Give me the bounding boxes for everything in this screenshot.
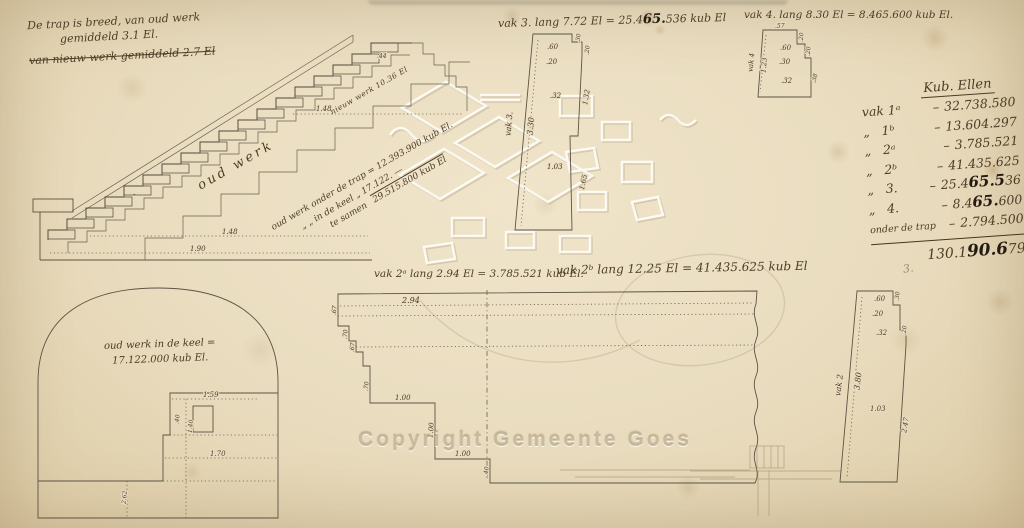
row-label: vak 1ᵃ — [861, 101, 901, 122]
row-label: „ 1ᵇ — [863, 121, 896, 142]
dim-vak4-e: .20 — [798, 32, 806, 42]
dim-vak3-d: 1.03 — [547, 163, 563, 171]
dim-stair-small: .44 — [377, 53, 387, 60]
row-label: „ 3. — [867, 179, 899, 200]
row-value-corrected: 65. — [972, 191, 999, 211]
vak4-header: vak 4. lang 8.30 El = 8.465.600 kub El. — [744, 9, 953, 21]
dim-arch-e: 2.62 — [121, 490, 129, 505]
volume-summary-table: Kub. Ellen vak 1ᵃ–32.738.580 „ 1ᵇ–13.604… — [860, 71, 1024, 267]
dim-strip-s4: .70 — [363, 381, 371, 391]
dim-strip-s2: .70 — [342, 329, 350, 339]
dim-stair-mid: 1.48 — [222, 228, 238, 236]
vak3-header-corrected: 65. — [643, 12, 666, 28]
dim-vak2-a: .60 — [874, 295, 886, 303]
row-value: 13.604.297 — [945, 113, 1017, 133]
arch-figure: 1.59 1.70 1.40 .40 2.62 — [38, 288, 278, 518]
vak2-label: vak 2 — [833, 374, 845, 397]
row-value: 8.4 — [952, 195, 973, 211]
vak2-strip-figure: 2.94 .67 .70 .67 .70 1.00 1.00 1.00 .40 — [331, 290, 758, 483]
row-label: onder de trap — [870, 218, 937, 241]
arch-inner-block — [193, 406, 213, 432]
row-value: 32.738.580 — [944, 94, 1016, 114]
dim-vak2-f: .30 — [894, 291, 902, 301]
dim-vak2-e: 2.47 — [900, 416, 911, 434]
vak2-section-figure: .60 .20 .32 1.03 3.80 vak 2 2.47 .30 .20 — [690, 291, 911, 516]
dim-vak4-top: .57 — [775, 23, 785, 30]
row-value: 41.435.625 — [948, 152, 1020, 172]
dim-vak3-a: .60 — [547, 43, 559, 51]
vak2a-header: vak 2ᵃ lang 2.94 El = 3.785.521 kub El. — [374, 268, 584, 280]
dim-vak4-b: .30 — [779, 58, 791, 66]
dim-vak4-g: .38 — [810, 73, 819, 84]
dim-vak2-d: 1.03 — [870, 405, 886, 413]
vak3-header-pre: vak 3. lang 7.72 El = 25.4 — [498, 13, 643, 30]
vak4-label: vak 4 — [747, 53, 757, 73]
dim-vak3-g: .30 — [575, 33, 583, 43]
drawing-sheet: 1.48 1.90 1.48 .44 .60 .20 .32 1.03 3.30… — [0, 0, 1024, 528]
dim-strip-s3: .67 — [349, 342, 357, 352]
row-value: 25.4 — [940, 175, 969, 192]
row-value-post: 36 — [1005, 172, 1022, 188]
row-label: „ 2ᵃ — [864, 140, 896, 161]
dim-vak4-c: .32 — [781, 77, 793, 85]
total-post: 79 — [1007, 240, 1024, 257]
row-label: „ 4. — [868, 199, 900, 220]
arch-volume-note: oud werk in de keel = 17.122.000 kub El. — [80, 334, 241, 370]
dim-vak2-c: .32 — [876, 329, 888, 337]
vak3-header-post: 536 kub El — [666, 11, 727, 26]
dim-vak4-a: .60 — [780, 44, 792, 52]
dim-vak4-f: .20 — [805, 46, 813, 56]
row-value: 2.794.500 — [960, 211, 1024, 230]
dim-vak3-b: .20 — [546, 58, 558, 66]
dim-arch-a: 1.59 — [203, 391, 219, 399]
dim-strip-s5: .40 — [483, 466, 491, 476]
dim-vak3-e: 1.32 — [581, 88, 592, 105]
row-label: „ 2ᵇ — [865, 160, 898, 181]
row-value: 3.785.521 — [954, 133, 1019, 152]
dim-vak4-axis: 1.23 — [760, 57, 769, 74]
dim-vak2-g: .20 — [901, 325, 909, 335]
dim-vak3-h: .20 — [584, 45, 592, 55]
dim-strip-len: 2.94 — [401, 296, 420, 305]
row-value-corrected: 65.5 — [968, 171, 1006, 192]
dim-vak2-axis: 3.80 — [852, 372, 863, 391]
dim-stair-base: 1.90 — [190, 245, 206, 253]
dim-vak3-f: 1.65 — [578, 173, 589, 190]
dim-vak2-b: .20 — [872, 310, 884, 318]
dim-arch-c: 1.40 — [187, 419, 195, 433]
dim-vak3-c: .32 — [550, 92, 562, 100]
dim-arch-d: .40 — [174, 414, 182, 424]
row-value-post: 600 — [998, 191, 1023, 208]
dim-arch-b: 1.70 — [210, 450, 226, 458]
copyright-watermark: Copyright Gemeente Goes — [358, 428, 698, 452]
vak4-figure: .57 .60 .30 .32 1.23 vak 4 .20 .20 .38 — [747, 23, 820, 97]
dim-strip-l1: 1.00 — [395, 394, 411, 402]
total-corrected: 90.6 — [966, 237, 1008, 260]
dim-strip-s1: .67 — [331, 305, 339, 315]
page-number: 3. — [902, 261, 914, 275]
total-pre: 130.1 — [927, 244, 968, 263]
